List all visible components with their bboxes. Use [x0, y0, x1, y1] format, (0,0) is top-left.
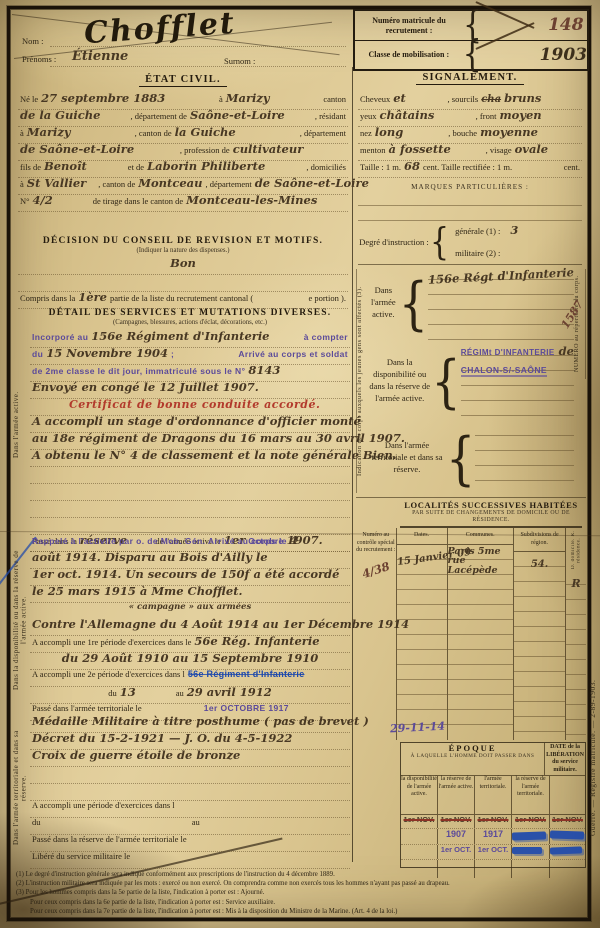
epoque-title: ÉPOQUE: [401, 743, 544, 753]
classe-label: Classe de mobilisation :: [355, 50, 463, 60]
signalement-section: SIGNALEMENT. Cheveuxet, sourcilschabruns…: [358, 72, 582, 235]
epoque-date-header: DATE de la LIBÉRATION du service militai…: [545, 743, 585, 775]
footnote-4: Pour ceux compris dans la 6e partie de l…: [16, 898, 584, 907]
services-subtitle: (Campagnes, blessures, actions d'éclat, …: [30, 319, 350, 327]
epoque-cell: 1907: [437, 829, 474, 844]
brace: {: [430, 224, 449, 262]
seg-p: Taille : 1 m.: [360, 163, 401, 173]
footnote-5: Pour ceux compris dans la 7e partie de l…: [16, 907, 584, 916]
form-line: Certificat de bonne conduite accordé.: [30, 399, 350, 416]
seg-p: , front: [476, 112, 497, 122]
seg-h: Saône-et-Loire: [190, 110, 285, 122]
localites-dates-header: Dates.: [397, 528, 447, 545]
form-line: duau: [30, 818, 350, 835]
seg-p: A accompli une période d'exercices dans …: [32, 801, 175, 811]
etat-civil-title: ÉTAT CIVIL.: [18, 74, 348, 87]
seg-pu: Incorporé au: [32, 333, 88, 342]
seg-h: au 18e régiment de Dragons du 16 mars au…: [32, 433, 405, 445]
seg-h: août 1914. Disparu au Bois d'Ailly le: [32, 552, 268, 564]
nom-rule: [50, 32, 346, 47]
localites-section: LOCALITÉS SUCCESSIVES HABITÉES PAR SUITE…: [356, 500, 586, 740]
dispo-margin-label: Dans la disponibilité ou dans la réserve…: [13, 540, 25, 700]
seg-h: Benoît: [44, 161, 87, 173]
seg-p: , profession de: [180, 146, 230, 156]
localites-communes-header: Communes.: [448, 528, 513, 545]
seg-h: bruns: [504, 93, 541, 105]
classe-value: 1903: [540, 47, 587, 64]
seg-h: et: [393, 93, 406, 105]
seg-h: Montceau: [138, 178, 202, 190]
localites-dr-col: D. domicile. R. résidence. R: [565, 528, 586, 740]
dispo-section: Rappelé à l'activité par o. de Mob. Gén.…: [30, 535, 350, 721]
seg-h: de la Guiche: [20, 110, 100, 122]
form-line: Bon: [18, 258, 348, 275]
seg-p: Libéré du service militaire le: [32, 852, 130, 862]
seg-h: moyenne: [480, 127, 538, 139]
seg-pu: à compter: [304, 333, 348, 342]
seg-p: , département: [300, 129, 346, 139]
services-margin-label: Dans l'armée active.: [13, 330, 25, 520]
seg-h: Montceau-les-Mines: [186, 195, 317, 207]
decision-section: DÉCISION DU CONSEIL DE REVISION ET MOTIF…: [18, 236, 348, 309]
seg-p: A accompli une 2e période d'exercices da…: [32, 670, 185, 680]
seg-p: au: [176, 689, 184, 699]
seg-h: 156e Régiment d'Infanterie: [91, 331, 269, 343]
form-line: au 18e régiment de Dragons du 16 mars au…: [30, 433, 350, 450]
seg-p: yeux: [360, 112, 377, 122]
epoque-subtitle: À LAQUELLE L'HOMME DOIT PASSER DANS: [401, 753, 544, 759]
services-lines: Incorporé au156e Régiment d'Infanterieà …: [30, 331, 350, 552]
seg-h: Envoyé en congé le 12 Juillet 1907.: [32, 382, 259, 394]
localites-dr-header: D. domicile. R. résidence.: [571, 530, 582, 570]
seg-h: Laborin Philiberte: [147, 161, 265, 173]
form-line: du 29 Août 1910 au 15 Septembre 1910: [30, 653, 350, 670]
seg-p: à: [20, 180, 24, 190]
epoque-cell: 1er OCT.: [437, 845, 474, 859]
controle-number-handwritten: 4/38: [361, 561, 391, 581]
seg-p: , canton de: [98, 180, 135, 190]
localites-title: LOCALITÉS SUCCESSIVES HABITÉES: [396, 500, 586, 510]
degre-label: Degré d'instruction :: [358, 237, 430, 248]
seg-p: Passé dans l'armée territoriale le: [32, 704, 142, 714]
dispo-lines: Rappelé à l'activité par o. de Mob. Gén.…: [30, 535, 350, 721]
seg-p: et de: [128, 163, 144, 173]
seg-h: 13: [120, 687, 136, 699]
etat-civil-section: ÉTAT CIVIL. Né le27 septembre 1883àMariz…: [18, 74, 348, 212]
seg-p: , bouche: [448, 129, 477, 139]
brace: {: [463, 36, 482, 74]
form-line: du13au29 avril 1912: [30, 687, 350, 704]
seg-p: Compris dans la: [20, 294, 75, 304]
epoque-cell: 1er NOV.: [401, 815, 437, 828]
form-line: Passé dans la réserve de l'armée territo…: [30, 835, 350, 852]
degre-militaire-label: militaire (2) :: [455, 249, 500, 259]
territ-section: Médaille Militaire à titre posthume ( pa…: [30, 716, 350, 869]
ink-blot: [550, 846, 582, 854]
corps-territ-label: Dans l'armée territoriale et dans sa rés…: [368, 421, 446, 495]
corps-active-label: Dans l'armée active.: [368, 265, 399, 341]
seg-p: Passé dans la réserve de l'armée territo…: [32, 835, 187, 845]
seg-p: du: [32, 818, 41, 828]
localites-row-dr: R: [572, 578, 581, 589]
localites-subdiv-col: Subdivisions de région. 54.: [513, 528, 565, 740]
seg-h: de Saône-et-Loire: [255, 178, 369, 190]
form-line: Taille : 1 m.68cent. Taille rectifiée : …: [358, 161, 582, 178]
seg-p: à: [20, 129, 24, 139]
seg-h: 68: [404, 161, 420, 173]
form-line: du15 Novembre 1904;Arrivé au corps et so…: [30, 348, 350, 365]
epoque-cell: 1er NOV.: [437, 815, 474, 828]
seg-h: 56e Rég. Infanterie: [194, 636, 319, 648]
seg-pu: Arrivé au corps et soldat: [238, 350, 348, 359]
seg-h: le 25 mars 1915 à Mme Chofflet.: [32, 586, 243, 598]
seg-p: Né le: [20, 95, 38, 105]
seg-p: canton: [323, 95, 346, 105]
form-line: N°4/2de tirage dans le canton deMontceau…: [18, 195, 348, 212]
seg-p: menton: [360, 146, 386, 156]
matricule-box: Numéro matricule du recrutement : { 148 …: [353, 9, 589, 71]
seg-p: nez: [360, 129, 372, 139]
seg-p: N°: [20, 197, 30, 207]
form-line: Envoyé en congé le 12 Juillet 1907.: [30, 382, 350, 399]
printer-imprint: Guerre. — Registre matricule. — 2-89-190…: [589, 608, 599, 908]
seg-h: de Saône-et-Loire: [20, 144, 134, 156]
seg-h: à fossette: [389, 144, 451, 156]
seg-h: Croix de guerre étoile de bronze: [32, 750, 240, 762]
seg-h: 4/2: [33, 195, 53, 207]
form-line: A obtenu le N° 4 de classement et la not…: [30, 450, 350, 467]
decision-title: DÉCISION DU CONSEIL DE REVISION ET MOTIF…: [18, 236, 348, 247]
localites-numero-col: Numéro au contrôle spécial du recrutemen…: [356, 528, 396, 740]
matricule-label: Numéro matricule du recrutement :: [355, 16, 463, 36]
degre-generale-label: générale (1) :: [455, 227, 500, 237]
epoque-col-header: la réserve de l'armée territoriale.: [511, 776, 549, 814]
localites-subdiv-header: Subdivisions de région.: [514, 528, 565, 552]
form-line: le 25 mars 1915 à Mme Chofflet.: [30, 586, 350, 603]
seg-p: Cheveux: [360, 95, 390, 105]
territ-margin-label: Dans l'armée territoriale et dans sa rés…: [13, 718, 25, 858]
form-line: [18, 275, 348, 292]
seg-h: A accompli un stage d'ordonnance d'offic…: [32, 416, 361, 428]
localites-subtitle: PAR SUITE DE CHANGEMENTS DE DOMICILE OU …: [396, 510, 586, 524]
seg-p: à: [219, 95, 223, 105]
form-line: de 2me classe le dit jour, immatriculé s…: [30, 365, 350, 382]
form-line: [30, 767, 350, 784]
seg-h: 1ère: [78, 292, 107, 304]
epoque-table: ÉPOQUE À LAQUELLE L'HOMME DOIT PASSER DA…: [400, 742, 586, 868]
military-register-sheet: Chofflet Nom : Prénoms : Étienne Surnom …: [0, 0, 600, 928]
corps-section: Indication des corps auxquels les jeunes…: [356, 265, 586, 498]
corps-margin-right: NUMÉRO au répertoire du corps.: [574, 269, 586, 379]
seg-p: au: [192, 818, 200, 828]
seg-h: 27 septembre 1883: [41, 93, 165, 105]
localites-row-subdiv: 54.: [531, 560, 548, 570]
degre-section: Degré d'instruction : { générale (1) : 3…: [358, 222, 582, 265]
seg-h: Contre l'Allemagne du 4 Août 1914 au 1er…: [32, 619, 409, 631]
corps-territ-row: Dans l'armée territoriale et dans sa rés…: [368, 421, 574, 495]
form-line: Incorporé au156e Régiment d'Infanterieà …: [30, 331, 350, 348]
seg-p: , résidant: [315, 112, 346, 122]
seg-p: du: [108, 689, 117, 699]
corps-active-row: Dans l'armée active. { 156e Régt d'Infan…: [368, 265, 574, 341]
seg-h: Bon: [170, 258, 196, 270]
seg-pu: 1er OCTOBRE 1917: [204, 704, 289, 713]
form-line: A accompli un stage d'ordonnance d'offic…: [30, 416, 350, 433]
seg-p: , visage: [486, 146, 512, 156]
footnote-2: (2) L'instruction militaire sera indiqué…: [16, 879, 584, 888]
form-line: [30, 518, 350, 535]
seg-h: long: [375, 127, 403, 139]
form-line: [30, 484, 350, 501]
epoque-col-header: la disponibilité de l'armée active.: [401, 776, 437, 814]
seg-p: , département de: [131, 112, 187, 122]
seg-h: Médaille Militaire à titre posthume ( pa…: [32, 716, 369, 728]
epoque-cell: [401, 829, 437, 844]
footnote-1: (1) Le degré d'instruction générale sera…: [16, 870, 584, 879]
seg-h: 29 avril 1912: [187, 687, 272, 699]
brace: {: [446, 429, 475, 487]
seg-p: , département: [205, 180, 251, 190]
epoque-col-header: la réserve de l'armée active.: [437, 776, 474, 814]
form-line: A accompli une période d'exercices dans …: [30, 801, 350, 818]
seg-bl: 56e Régiment d'Infanterie: [188, 670, 305, 679]
epoque-cell: 1er NOV.: [474, 815, 511, 828]
territ-lines: Médaille Militaire à titre posthume ( pa…: [30, 716, 350, 869]
corps-dispo-label: Dans la disponibilité ou dans la réserve…: [368, 341, 431, 421]
epoque-cell: 1917: [474, 829, 511, 844]
matricule-value: 148: [548, 17, 584, 34]
form-line: Libéré du service militaire le: [30, 852, 350, 869]
seg-p: de tirage dans le canton de: [93, 197, 183, 207]
nom-label: Nom :: [22, 36, 44, 46]
decision-subtitle: (Indiquer la nature des dispenses.): [18, 247, 348, 255]
seg-h: 1er oct. 1914. Un secours de 150f a été …: [32, 569, 339, 581]
epoque-cell: [401, 845, 437, 859]
form-line: [30, 467, 350, 484]
seg-h: du 29 Août 1910 au 15 Septembre 1910: [62, 653, 318, 665]
ink-blot: [512, 847, 542, 854]
corps-dispo-stamp-line1: RÉGIMt D'INFANTERIE: [461, 349, 555, 358]
brace: {: [399, 274, 428, 332]
form-line: mentonà fossette, visageovale: [358, 144, 582, 161]
seg-h: châtains: [380, 110, 435, 122]
seg-pu: de 2me classe le dit jour, immatriculé s…: [32, 367, 245, 376]
brace: {: [431, 352, 460, 410]
form-line: Croix de guerre étoile de bronze: [30, 750, 350, 767]
seg-h: moyen: [499, 110, 541, 122]
form-line: [30, 501, 350, 518]
localites-numero-header: Numéro au contrôle spécial du recrutemen…: [356, 528, 396, 555]
seg-p: e portion ).: [308, 294, 346, 304]
seg-r: Certificat de bonne conduite accordé.: [69, 399, 320, 410]
signalement-title: SIGNALEMENT.: [358, 72, 582, 85]
seg-p: , canton de: [135, 129, 172, 139]
seg-h: Marizy: [226, 93, 270, 105]
seg-h: 15 Novembre 1904: [46, 348, 168, 360]
seg-p: , sourcils: [448, 95, 479, 105]
degre-generale-value: 3: [510, 225, 518, 237]
seg-p: A accompli une 1re période d'exercices d…: [32, 638, 191, 648]
prenoms-rule: [50, 52, 346, 67]
seg-h: 8143: [248, 365, 280, 377]
services-title: DÉTAIL DES SERVICES ET MUTATIONS DIVERSE…: [30, 308, 350, 319]
corps-dispo-stamp-line2: CHALON-S/-SAÔNE: [461, 366, 547, 377]
seg-p: cent. Taille rectifiée : 1 m.: [423, 163, 512, 173]
seg-h: Marizy: [27, 127, 71, 139]
etat-civil-lines: Né le27 septembre 1883àMarizycantonde la…: [18, 93, 348, 212]
marques-label: MARQUES PARTICULIÈRES :: [358, 183, 582, 192]
seg-p: , domiciliés: [306, 163, 346, 173]
seg-pu: Rappelé à l'activité par o. de Mob. Gén.…: [32, 537, 287, 546]
decision-lines: BonCompris dans la1èrepartie de la liste…: [18, 258, 348, 309]
seg-h: ovale: [515, 144, 549, 156]
services-section: DÉTAIL DES SERVICES ET MUTATIONS DIVERSE…: [30, 308, 350, 552]
epoque-cell: 1er NOV.: [549, 815, 585, 828]
corps-active-value: 156e Régt d'Infanterie: [428, 267, 574, 286]
ink-blot: [512, 831, 546, 840]
seg-hsm: « campagne » aux armées: [129, 603, 251, 612]
epoque-col-header: l'armée territoriale.: [474, 776, 511, 814]
name-block: Chofflet Nom : Prénoms : Étienne Surnom …: [14, 10, 352, 66]
seg-p: fils de: [20, 163, 41, 173]
form-line: [30, 784, 350, 801]
seg-h: la Guiche: [175, 127, 236, 139]
signalement-lines: Cheveuxet, sourcilschabrunsyeuxchâtains,…: [358, 93, 582, 178]
ink-blot: [550, 830, 584, 839]
corps-margin-left: Indication des corps auxquels les jeunes…: [356, 269, 368, 493]
epoque-cell: 1er OCT.: [474, 845, 511, 859]
seg-h: Décret du 15-2-1921 — J. O. du 4-5-1922: [32, 733, 292, 745]
classe-row: Classe de mobilisation : { 1903: [355, 41, 587, 69]
seg-pu: ;: [171, 350, 174, 359]
seg-hs: cha: [481, 95, 501, 105]
seg-p: cent.: [564, 163, 580, 173]
corps-dispo-stamp-de: de: [559, 346, 574, 358]
epoque-cell: 1er NOV.: [511, 815, 549, 828]
localites-dates-col: Dates. 15 Janvier 09: [396, 528, 447, 740]
seg-h: cultivateur: [233, 144, 304, 156]
corps-dispo-row: Dans la disponibilité ou dans la réserve…: [368, 341, 574, 421]
footnotes: (1) Le degré d'instruction générale sera…: [16, 870, 584, 916]
form-line: Compris dans la1èrepartie de la liste du…: [18, 292, 348, 309]
footnote-3: (3) Pour les hommes compris dans la 5e p…: [16, 888, 584, 897]
seg-h: A obtenu le N° 4 de classement et la not…: [32, 450, 397, 462]
note-date-handwritten: 29-11-14: [390, 721, 446, 735]
seg-h: 4: [290, 535, 298, 547]
seg-h: St Vallier: [27, 178, 86, 190]
seg-pu: du: [32, 350, 43, 359]
seg-p: partie de la liste du recrutement canton…: [110, 294, 253, 304]
